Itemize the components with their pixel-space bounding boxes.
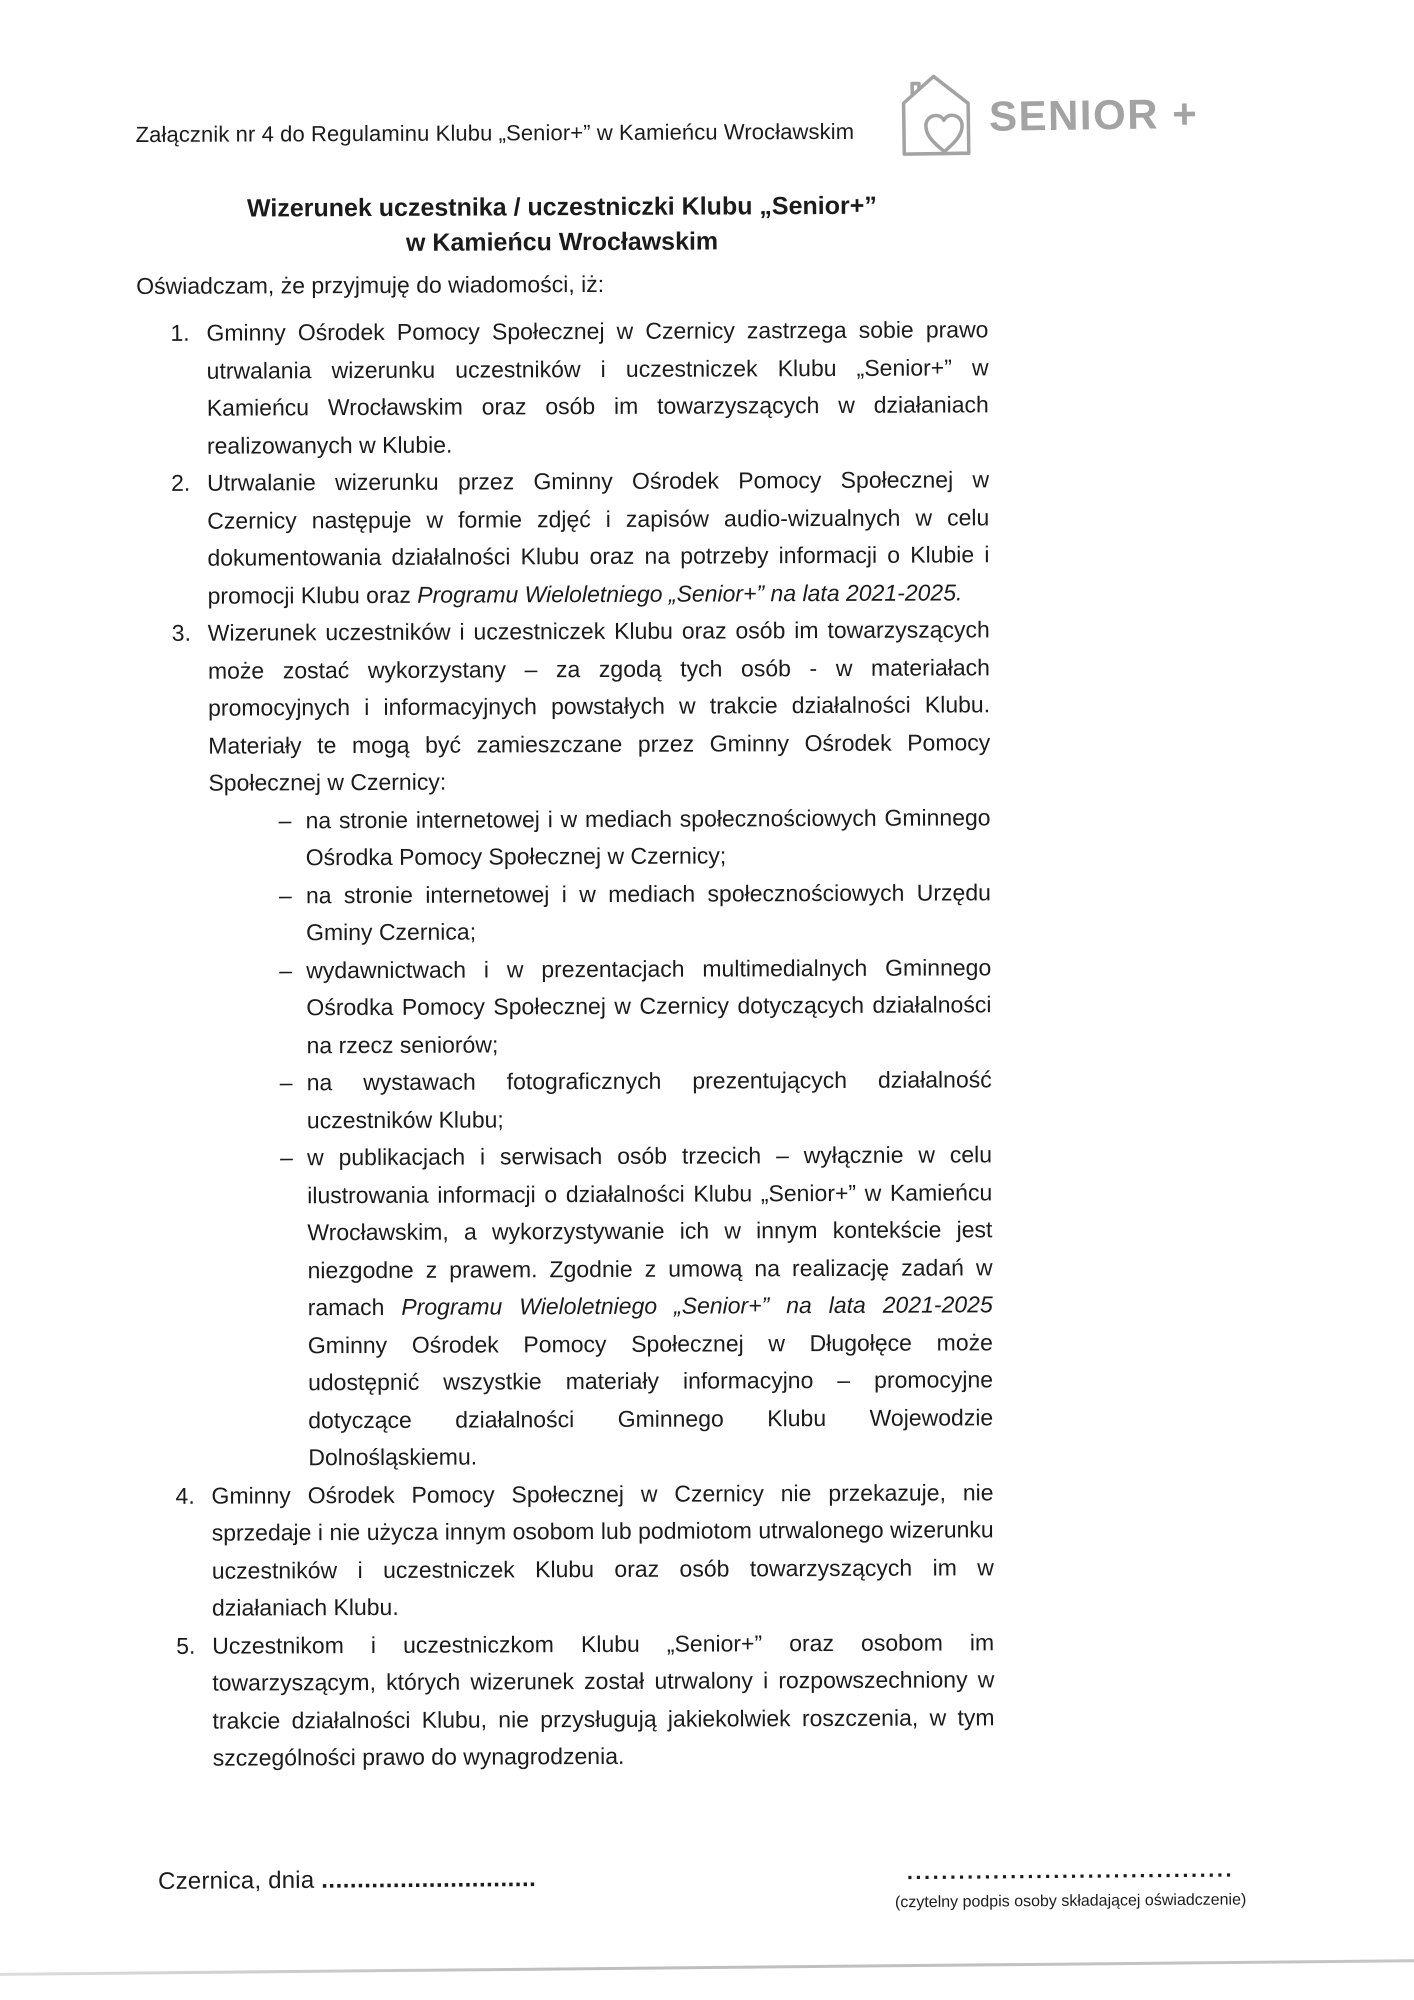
statement-list: 1.Gminny Ośrodek Pomocy Społecznej w Cze… xyxy=(136,311,994,1777)
list-item-number: 1. xyxy=(136,315,207,465)
list-item-text: Uczestnikom i uczestniczkom Klubu „Senio… xyxy=(212,1624,995,1777)
intro-statement: Oświadczam, że przyjmuję do wiadomości, … xyxy=(136,269,988,300)
bullet-dash-marker: – xyxy=(279,802,306,877)
list-item-number: 4. xyxy=(141,1477,212,1627)
list-item-text: Wizerunek uczestników i uczestniczek Klu… xyxy=(208,611,991,802)
signature-block: ...................................... (… xyxy=(895,1861,1247,1912)
title-line-2: w Kamieńcu Wrocławskim xyxy=(136,223,988,262)
list-item: 4.Gminny Ośrodek Pomocy Społecznej w Cze… xyxy=(141,1474,994,1628)
list-item-text: Gminny Ośrodek Pomocy Społecznej w Czern… xyxy=(211,1474,994,1627)
bullet-dash-marker: – xyxy=(280,1064,307,1139)
bullet-item: –na wystawach fotograficznych prezentują… xyxy=(280,1061,992,1139)
bullet-text: na stronie internetowej i w mediach społ… xyxy=(305,799,990,877)
sub-bullet-list: –na stronie internetowej i w mediach spo… xyxy=(279,799,994,1477)
bullet-text: na stronie internetowej i w mediach społ… xyxy=(306,874,991,952)
scan-artifact-line xyxy=(0,1959,1414,1976)
document-page: SENIOR + Załącznik nr 4 do Regulaminu Kl… xyxy=(0,0,1414,2000)
list-item-number: 5. xyxy=(142,1627,213,1777)
bullet-dash-marker: – xyxy=(279,952,306,1065)
list-item: 5.Uczestnikom i uczestniczkom Klubu „Sen… xyxy=(142,1624,995,1778)
bullet-dash-marker: – xyxy=(280,1139,308,1477)
signature-fill-in-line: ...................................... xyxy=(895,1861,1246,1880)
list-item: 2.Utrwalanie wizerunku przez Gminny Ośro… xyxy=(137,461,990,615)
date-fill-in-line: .............................. xyxy=(321,1865,536,1894)
bullet-dash-marker: – xyxy=(279,877,306,952)
list-item-number: 2. xyxy=(137,465,208,615)
list-item-text: Gminny Ośrodek Pomocy Społecznej w Czern… xyxy=(206,311,989,464)
bullet-item: –na stronie internetowej i w mediach spo… xyxy=(279,799,991,877)
list-item-text: Utrwalanie wizerunku przez Gminny Ośrode… xyxy=(207,461,990,614)
bullet-text: wydawnictwach i w prezentacjach multimed… xyxy=(306,949,991,1064)
bullet-item: –na stronie internetowej i w mediach spo… xyxy=(279,874,991,952)
list-item-number: 3. xyxy=(138,615,212,1478)
bullet-item: –w publikacjach i serwisach osób trzecic… xyxy=(280,1136,993,1477)
document-title: Wizerunek uczestnika / uczestniczki Klub… xyxy=(136,188,988,262)
title-line-1: Wizerunek uczestnika / uczestniczki Klub… xyxy=(136,188,988,227)
place-date-line: Czernica, dnia .........................… xyxy=(158,1865,536,1896)
attachment-note: Załącznik nr 4 do Regulaminu Klubu „Seni… xyxy=(136,118,988,148)
bullet-item: –wydawnictwach i w prezentacjach multime… xyxy=(279,949,991,1065)
bullet-text: na wystawach fotograficznych prezentując… xyxy=(307,1061,992,1139)
list-item: 3.Wizerunek uczestników i uczestniczek K… xyxy=(138,611,994,1477)
logo-text: SENIOR + xyxy=(989,89,1199,140)
signature-caption: (czytelny podpis osoby składającej oświa… xyxy=(895,1891,1246,1912)
list-item: 1.Gminny Ośrodek Pomocy Społecznej w Cze… xyxy=(136,311,989,465)
place-date-label: Czernica, dnia xyxy=(158,1867,314,1895)
footer: Czernica, dnia .........................… xyxy=(158,1859,1246,1918)
bullet-text: w publikacjach i serwisach osób trzecich… xyxy=(307,1136,993,1476)
